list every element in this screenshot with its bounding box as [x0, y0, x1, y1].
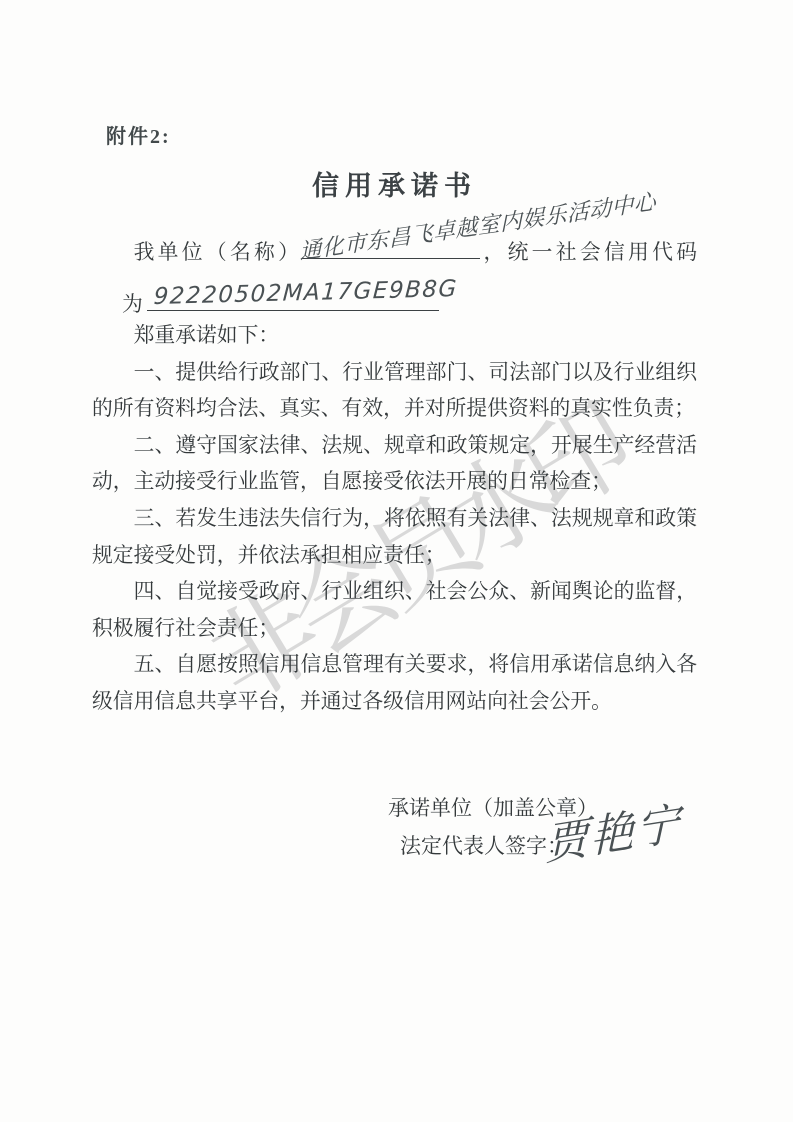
pledge-item-1: 一、提供给行政部门、行业管理部门、司法部门以及行业组织的所有资料均合法、真实、有… — [92, 355, 697, 428]
closing-section: 承诺单位（加盖公章） 法定代表人签字： 贾艳宁 — [92, 789, 697, 865]
intro-prefix-label: 我单位（名称） — [134, 241, 303, 264]
legal-representative-label: 法定代表人签字： — [400, 834, 568, 858]
intro-suffix-label: ，统一社会信用代码 — [480, 241, 697, 264]
pledge-item-3: 三、若发生违法失信行为，将依照有关法律、法规规章和政策规定接受处罚，并依法承担相… — [92, 501, 697, 574]
credit-code-handwritten: 92220502MA17GE9B8G — [153, 278, 458, 309]
pledge-item-2: 二、遵守国家法律、法规、规章和政策规定，开展生产经营活动，主动接受行业监管，自愿… — [92, 428, 697, 501]
scanned-document-page: 非会员水印 附件2: 信用承诺书 我单位（名称）通化市东昌飞卓越室内娱乐活动中心… — [0, 0, 793, 1122]
signer-line: 法定代表人签字： 贾艳宁 — [92, 827, 697, 865]
pledge-item-5: 五、自愿按照信用信息管理有关要求，将信用承诺信息纳入各级信用信息共享平台，并通过… — [92, 647, 697, 720]
company-name-blank-underline: 通化市东昌飞卓越室内娱乐活动中心 — [302, 258, 480, 259]
intro-paragraph: 我单位（名称）通化市东昌飞卓越室内娱乐活动中心，统一社会信用代码 为922205… — [92, 227, 697, 331]
pledge-section: 郑重承诺如下： 一、提供给行政部门、行业管理部门、司法部门以及行业组织的所有资料… — [92, 318, 697, 721]
pledge-item-4: 四、自觉接受政府、行业组织、社会公众、新闻舆论的监督，积极履行社会责任； — [92, 574, 697, 647]
pledge-lead: 郑重承诺如下： — [92, 318, 697, 355]
intro-line-1: 我单位（名称）通化市东昌飞卓越室内娱乐活动中心，统一社会信用代码 — [92, 227, 697, 279]
credit-code-prefix-label: 为 — [122, 293, 143, 316]
credit-code-blank-underline: 92220502MA17GE9B8G — [147, 310, 439, 311]
attachment-label: 附件2: — [106, 120, 171, 149]
